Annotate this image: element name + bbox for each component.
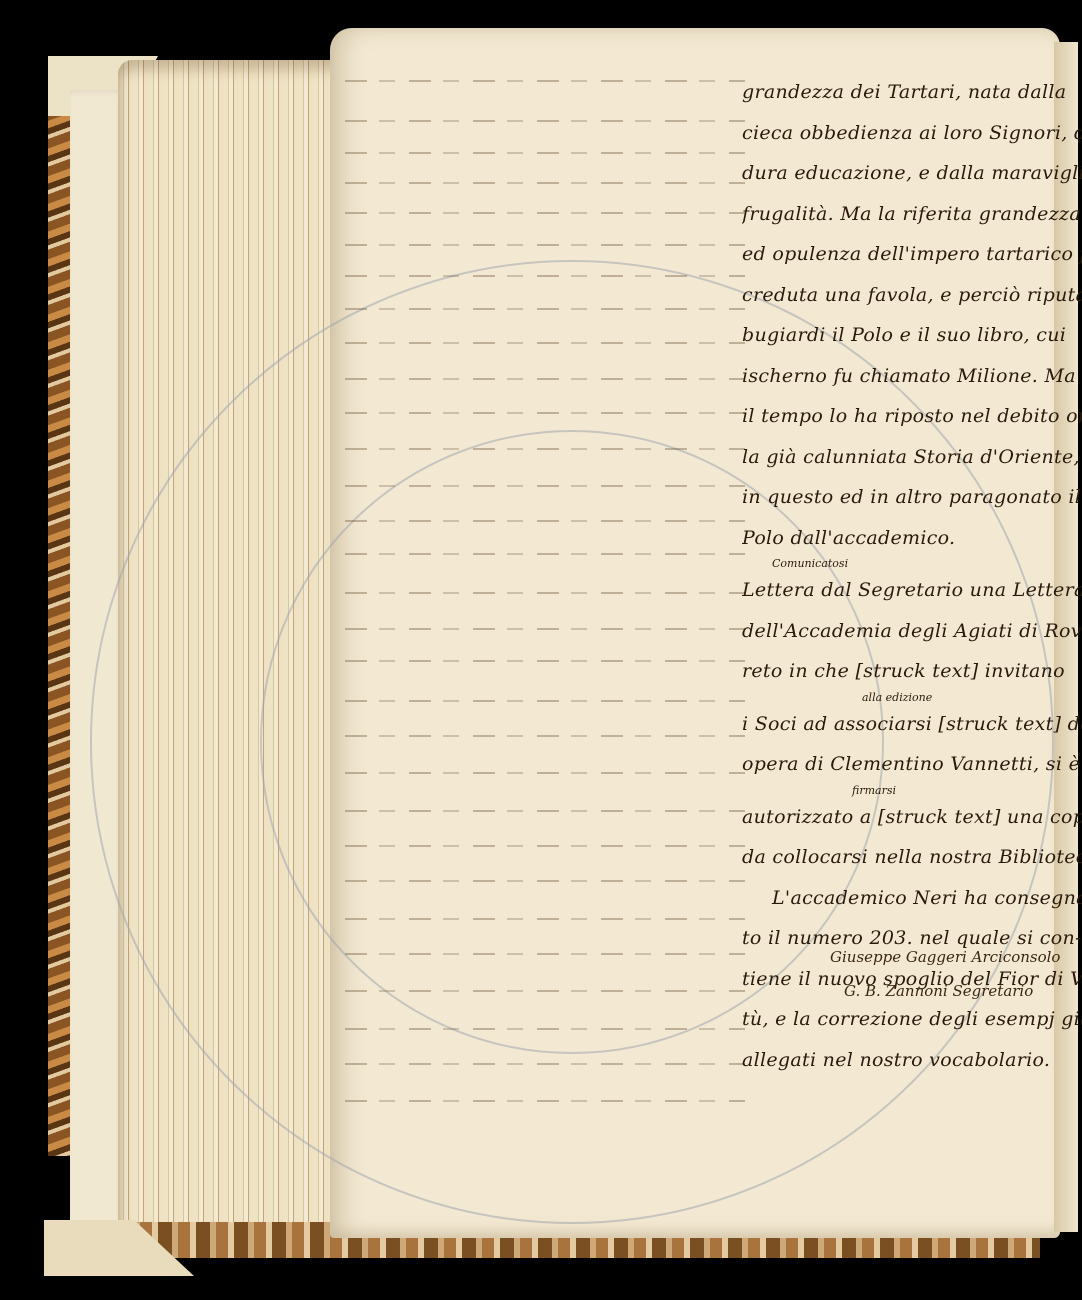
signature-segretario: G. B. Zannoni Segretario <box>830 974 1060 1008</box>
text-line: il tempo lo ha riposto nel debito onore <box>742 396 1082 437</box>
text-line: in questo ed in altro paragonato il <box>742 477 1082 518</box>
text-line: ed opulenza dell'impero tartarico fu <box>742 234 1082 275</box>
signatures: Giuseppe Gaggeri Arciconsolo G. B. Zanno… <box>830 940 1060 1008</box>
text-line: allegati nel nostro vocabolario. <box>742 1040 1082 1081</box>
text-line: la già calunniata Storia d'Oriente, <box>742 437 1082 478</box>
text-line: reto in che [struck text] invitano <box>742 651 1082 692</box>
manuscript-text: grandezza dei Tartari, nata dalla cieca … <box>742 72 1082 1080</box>
text-line: i Soci ad associarsi [struck text] della <box>742 704 1082 745</box>
text-line: Lettera dal Segretario una Lettera <box>742 570 1082 611</box>
text-line: bugiardi il Polo e il suo libro, cui <box>742 315 1082 356</box>
text-line: creduta una favola, e perciò riputa <box>742 275 1082 316</box>
text-line: dura educazione, e dalla maraviglio <box>742 153 1082 194</box>
signature-arciconsolo: Giuseppe Gaggeri Arciconsolo <box>830 940 1060 974</box>
text-line: cieca obbedienza ai loro Signori, dalla <box>742 113 1082 154</box>
text-line: autorizzato a [struck text] una copia <box>742 797 1082 838</box>
text-line: L'accademico Neri ha consegna- <box>742 878 1082 919</box>
text-line: grandezza dei Tartari, nata dalla <box>742 72 1082 113</box>
bleed-through-text <box>345 60 745 1160</box>
interlinear-insertion: firmarsi <box>742 785 1082 797</box>
text-line: opera di Clementino Vannetti, si è <box>742 744 1082 785</box>
text-line: ischerno fu chiamato Milione. Ma <box>742 356 1082 397</box>
text-line: Polo dall'accademico. <box>742 518 1082 559</box>
text-line: frugalità. Ma la riferita grandezza <box>742 194 1082 235</box>
text-line: dell'Accademia degli Agiati di Rove- <box>742 611 1082 652</box>
interlinear-insertion: Comunicatosi <box>742 558 1082 570</box>
text-line: da collocarsi nella nostra Biblioteca. <box>742 837 1082 878</box>
interlinear-insertion: alla edizione <box>742 692 1082 704</box>
